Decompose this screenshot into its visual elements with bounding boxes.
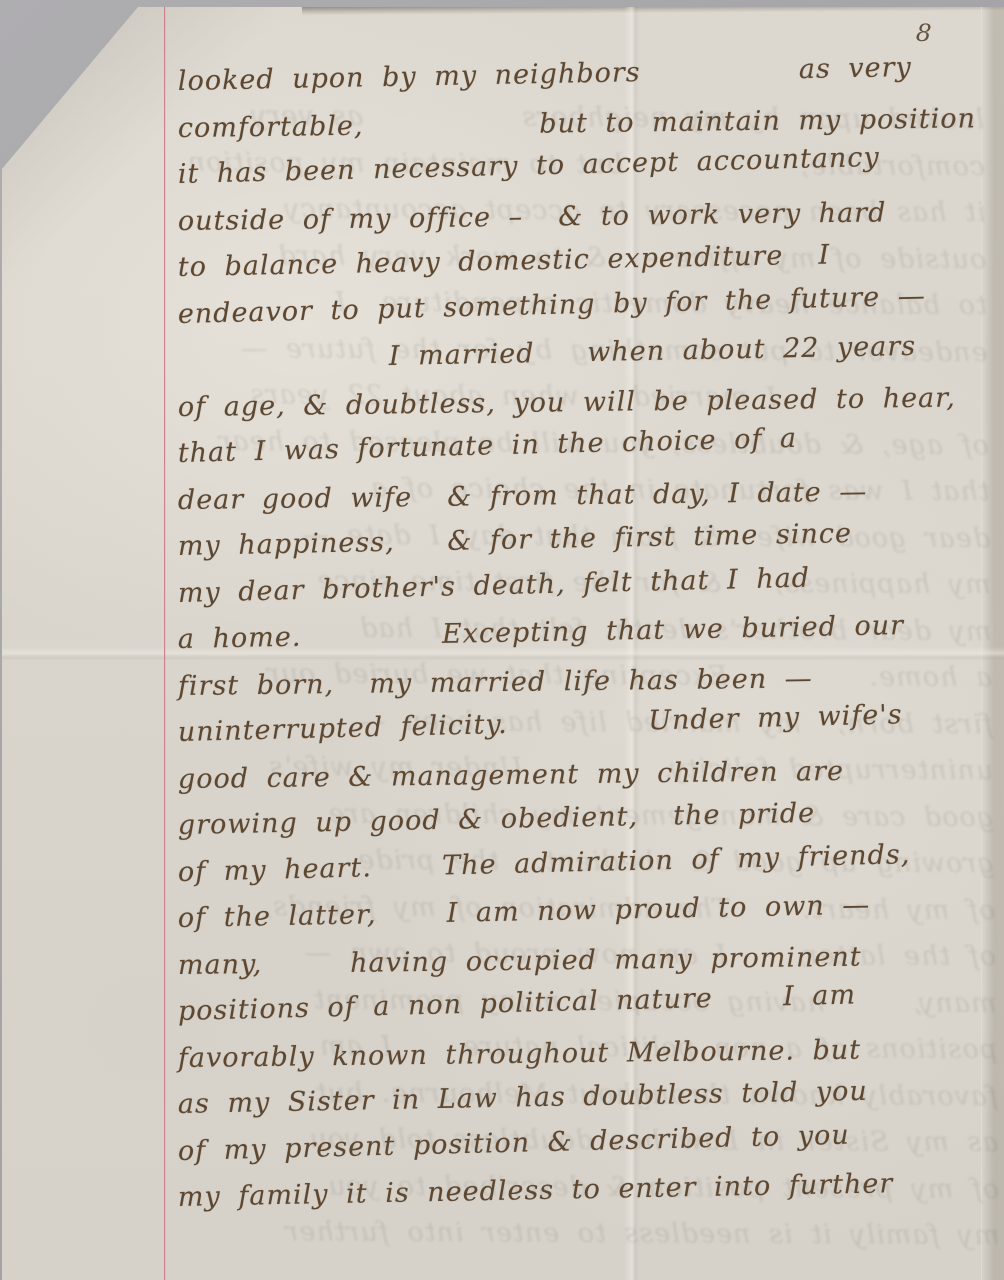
scan-background: looked upon by my neighbors as verycomfo…	[0, 0, 1004, 1280]
text-line: looked upon by my neighbors as very	[177, 43, 990, 105]
page-number: 8	[915, 19, 932, 48]
manuscript-page: looked upon by my neighbors as verycomfo…	[2, 7, 1004, 1280]
handwritten-text-layer: looked upon by my neighbors as verycomfo…	[178, 59, 990, 1222]
paper-top-torn-edge	[302, 7, 1004, 16]
